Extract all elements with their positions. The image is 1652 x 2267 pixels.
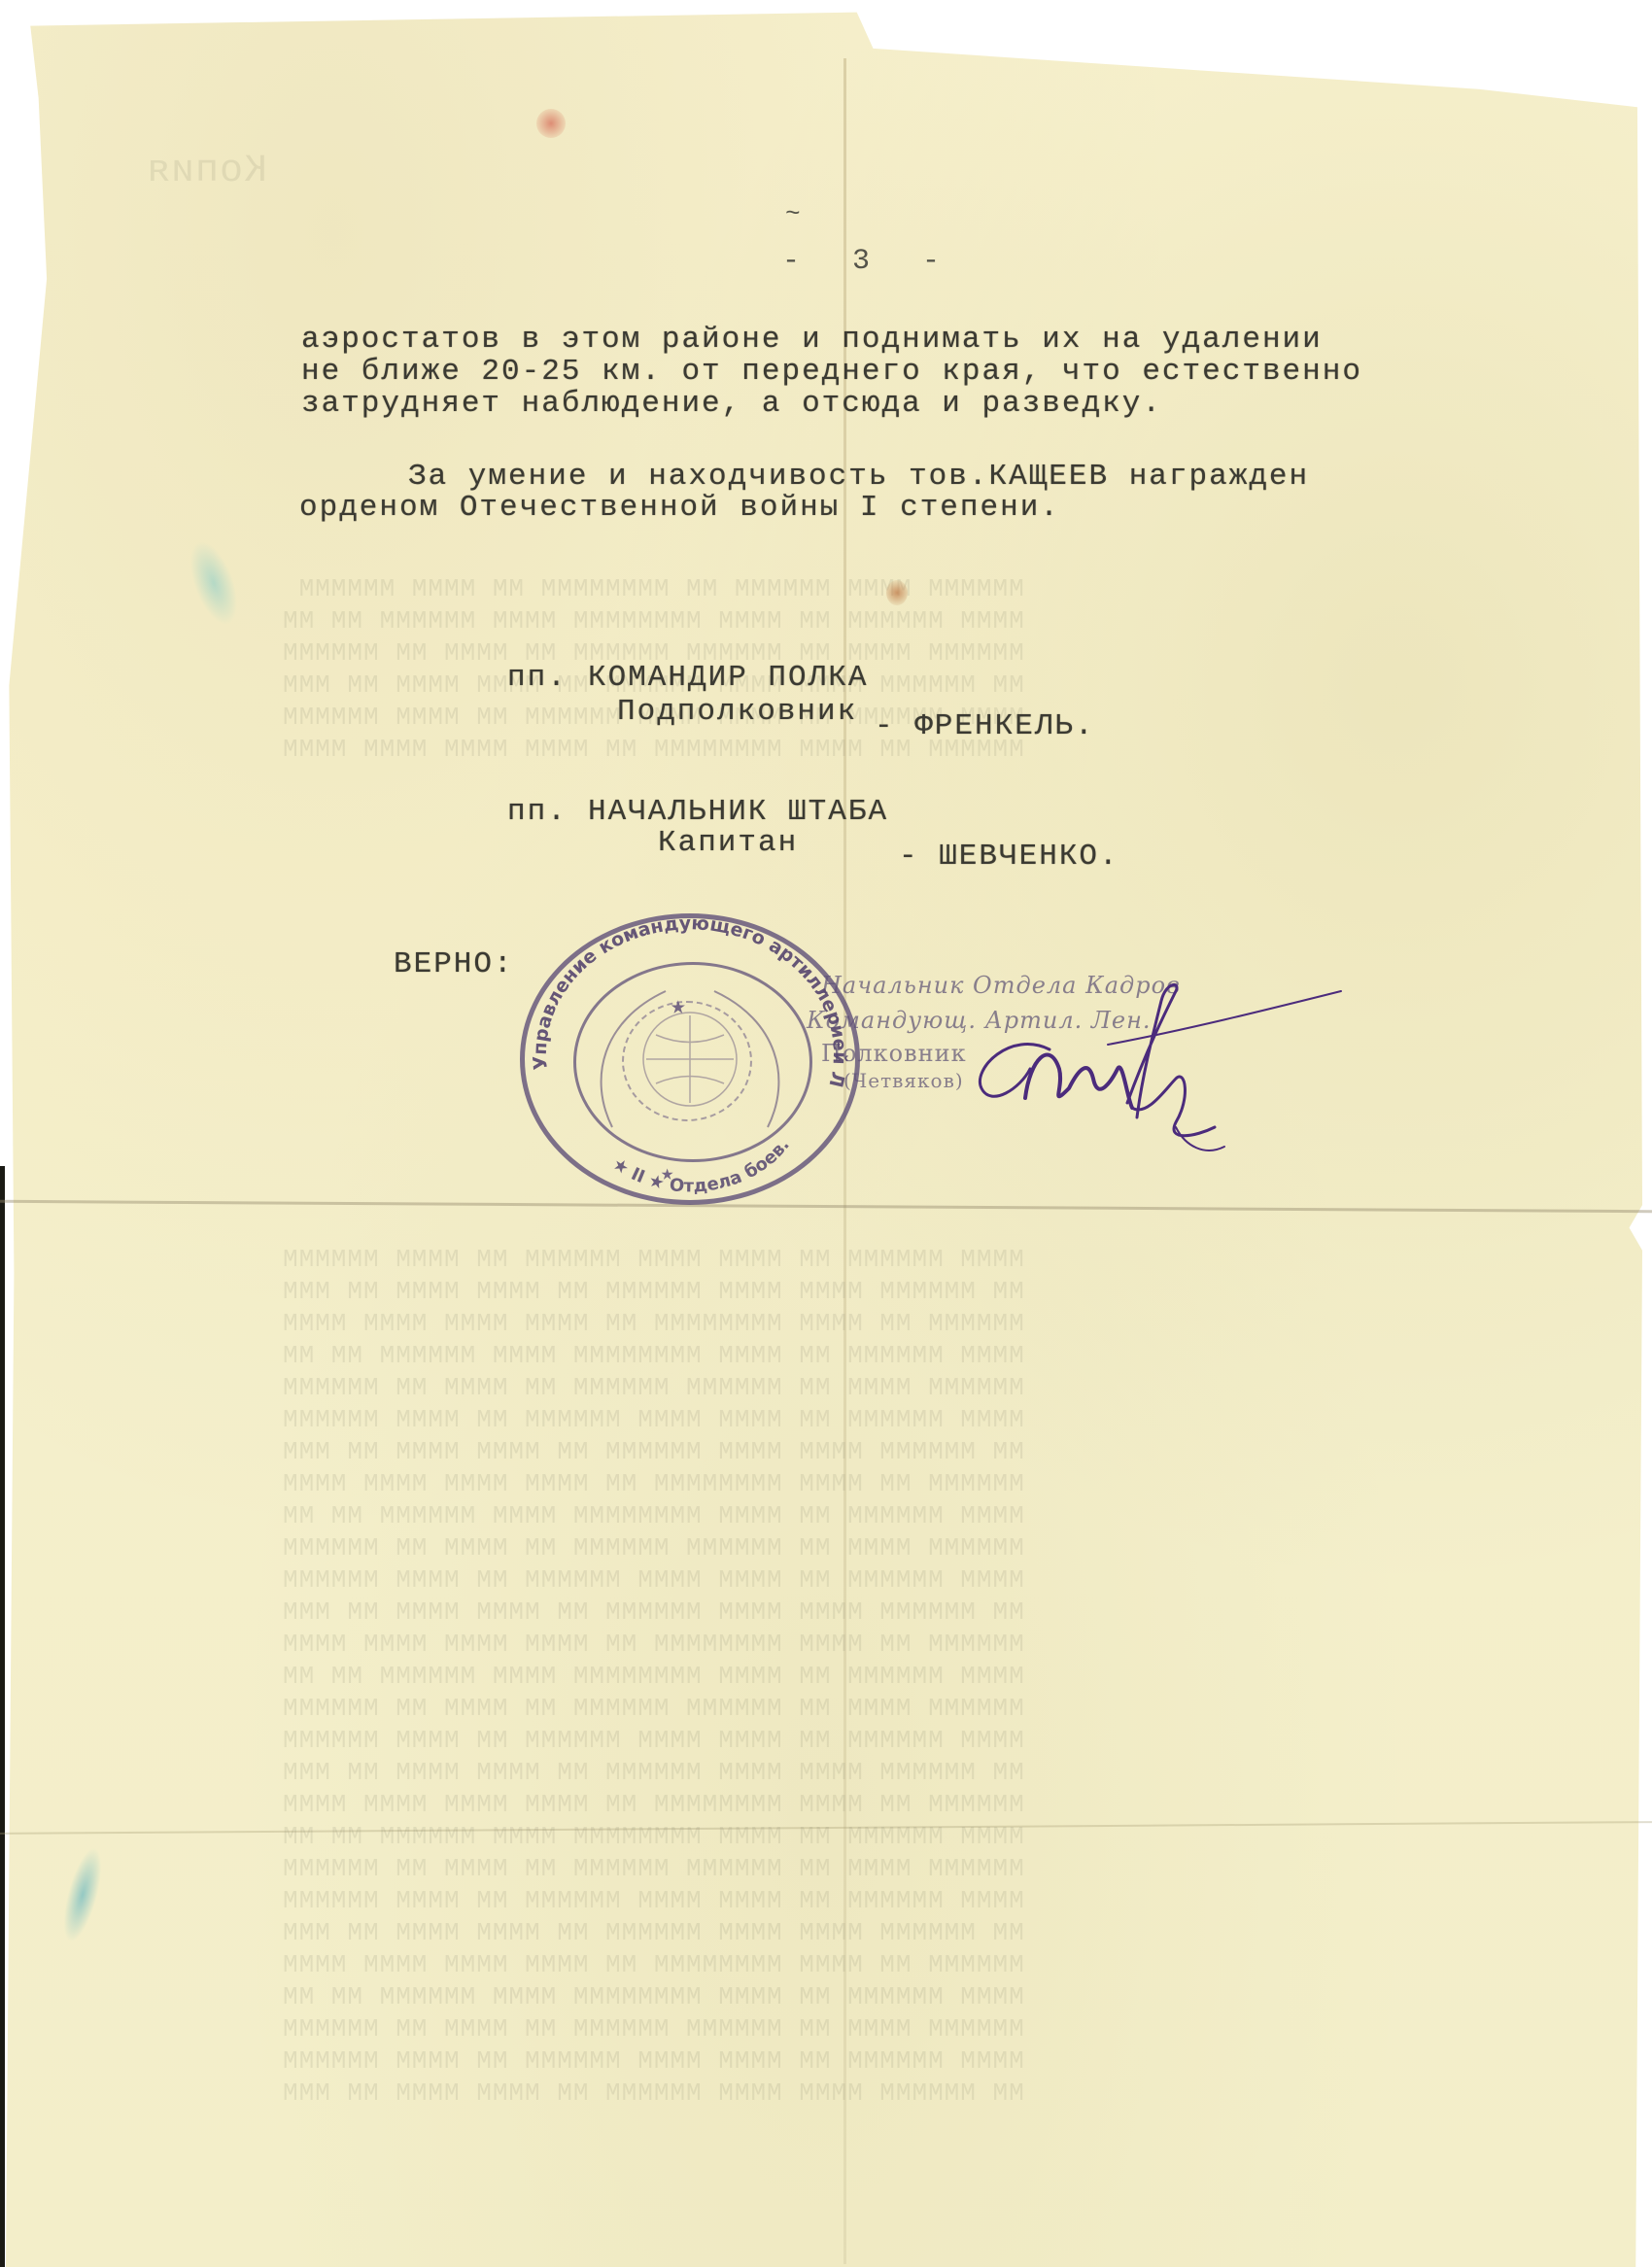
body-line-3: затрудняет наблюдение, а отсюда и развед… bbox=[301, 387, 1162, 421]
page-marker-tilde: ~ bbox=[785, 199, 801, 228]
signature-prefix: пп. bbox=[507, 661, 568, 695]
handwritten-signature bbox=[933, 972, 1360, 1166]
signature-rank: Подполковник bbox=[617, 695, 857, 729]
award-line-2: орденом Отечественной войны I степени. bbox=[299, 491, 1060, 525]
signature-title: НАЧАЛЬНИК ШТАБА bbox=[588, 795, 888, 829]
bleed-through-header: Копия bbox=[146, 155, 267, 188]
signature-rank: Капитан bbox=[658, 826, 798, 860]
signature-name: - ШЕВЧЕНКО. bbox=[899, 840, 1119, 874]
bleed-through-text-lower: ММММ ММММММ ММ ММММ ММММ ММММММ ММ ММММ … bbox=[282, 1244, 1024, 2110]
svg-text:Управление командующего артилл: Управление командующего артиллерией Лени… bbox=[520, 913, 850, 1089]
signature-title: КОМАНДИР ПОЛКА bbox=[588, 661, 868, 695]
brown-stain bbox=[886, 580, 908, 605]
signature-name: - ФРЕНКЕЛЬ. bbox=[875, 709, 1095, 743]
seal-text-ring: Управление командующего артиллерией Лени… bbox=[520, 913, 860, 1205]
body-line-1: аэростатов в этом районе и поднимать их … bbox=[301, 323, 1323, 357]
page-number: - 3 - bbox=[782, 245, 957, 278]
svg-text:★ II ★ Отдела боев.: ★ II ★ Отдела боев. bbox=[608, 1135, 794, 1196]
award-line-1: За умение и находчивость тов.КАЩЕЕВ нагр… bbox=[408, 460, 1309, 494]
official-round-seal: ★ ★ Управление командующего артиллерией … bbox=[520, 913, 860, 1205]
red-ink-stain bbox=[536, 109, 566, 138]
signature-prefix: пп. bbox=[507, 795, 568, 829]
scan-edge bbox=[0, 1166, 5, 2267]
certification-label: ВЕРНО: bbox=[394, 947, 514, 981]
body-line-2: не ближе 20-25 км. от переднего края, чт… bbox=[301, 355, 1362, 389]
